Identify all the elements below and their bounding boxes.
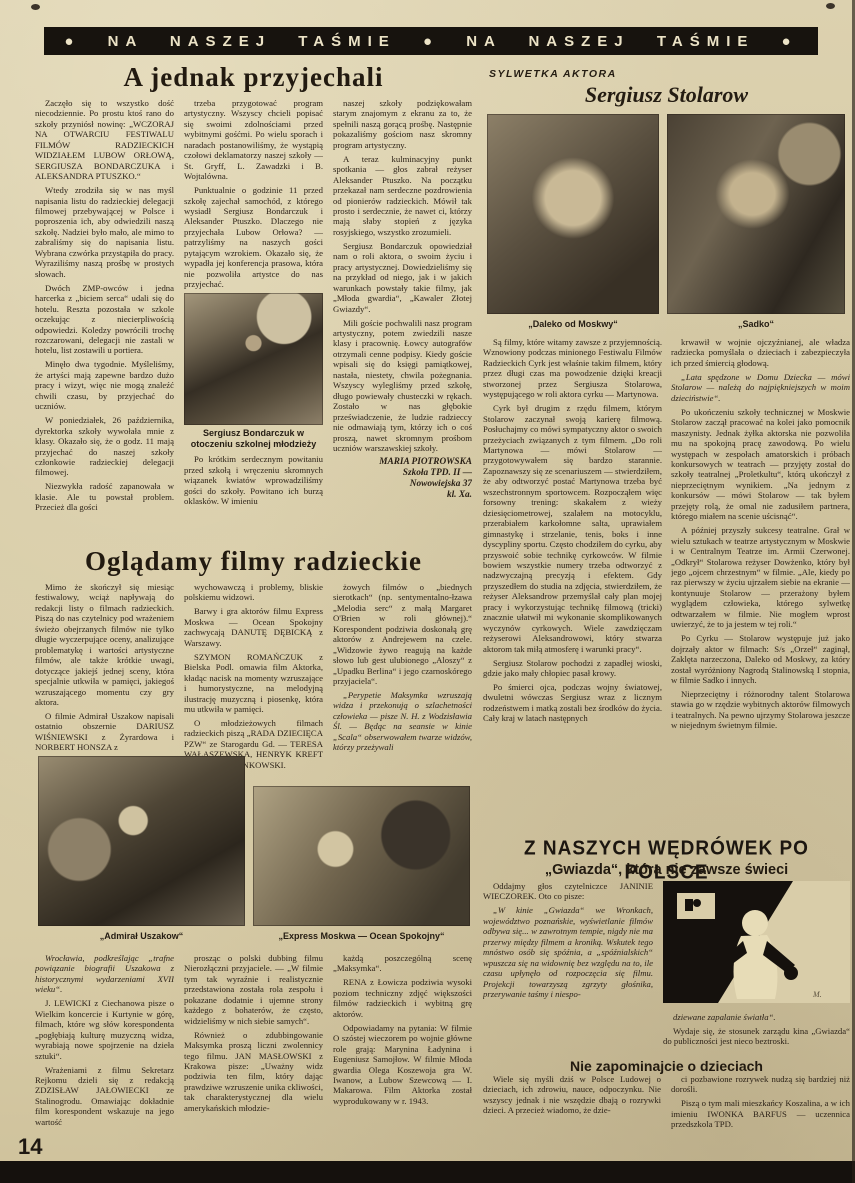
photo-caption: „Sadko“ [667, 319, 845, 330]
page-number: 14 [18, 1134, 42, 1160]
body-paragraph: Sergiusz Bondarczuk opowiedział nam o ro… [333, 241, 472, 314]
scan-mark [31, 4, 40, 10]
body-paragraph: naszej szkoły podziękowałam starym znajo… [333, 98, 472, 150]
body-paragraph: Dwóch ZMP-owców i jedna harcerka z „bici… [35, 283, 174, 356]
body-paragraph: Zaczęło się to wszystko dość niecodzienn… [35, 98, 174, 182]
photo-caption: Sergiusz Bondarczuk w otoczeniu szkolnej… [184, 428, 323, 449]
column-1: Zaczęło się to wszystko dość niecodzienn… [35, 98, 174, 550]
section-kicker: SYLWETKA AKTORA [489, 68, 617, 80]
article-stolarow-columns: Są filmy, które witamy zawsze z przyjemn… [483, 337, 850, 833]
body-paragraph: O filmie Admirał Uszakow napisali ostatn… [35, 711, 174, 753]
body-paragraph: Mili goście pochwalili nasz program arty… [333, 318, 472, 454]
photo-admiral-uszakow-still [38, 756, 245, 926]
column-3: każdą poszczególną scenę „Maksymka“. REN… [333, 953, 472, 1133]
body-paragraph: A później przyszły sukcesy teatralne. Gr… [671, 525, 850, 630]
projectionist-cartoon: M. [663, 881, 850, 1003]
column-2: trzeba przygotować program artystyczny. … [184, 98, 323, 550]
photo-caption: „Daleko od Moskwy“ [487, 319, 659, 330]
body-paragraph: Oddajmy głos czytelniczce JANINIE WIECZO… [483, 881, 653, 902]
body-paragraph: Wtedy zrodziła się w nas myśl napisania … [35, 185, 174, 279]
body-paragraph: Są filmy, które witamy zawsze z przyjemn… [483, 337, 662, 400]
body-paragraph: Po krótkim serdecznym powitaniu przed sz… [184, 454, 323, 506]
body-paragraph: Nieprzeciętny i różnorodny talent Stolar… [671, 689, 850, 731]
body-paragraph: Punktualnie o godzinie 11 przed szkołę z… [184, 185, 323, 290]
body-paragraph: J. LEWICKI z Ciechanowa pisze o Wielkim … [35, 998, 174, 1061]
article-title-ogladamy: Oglądamy filmy radzieckie [35, 546, 472, 577]
body-paragraph: Barwy i gra aktorów filmu Express Moskwa… [184, 606, 323, 648]
photo-caption: „Admirał Uszakow“ [38, 931, 245, 942]
photo-stolarow-daleko-od-moskwy [487, 114, 659, 314]
body-paragraph: Odpowiadamy na pytania: W filmie O szóst… [333, 1023, 472, 1107]
photo-bondarczuk-with-students [184, 293, 323, 425]
article-dzieci-columns: Wiele się myśli dziś w Polsce Ludowej o … [483, 1074, 850, 1140]
scan-edge-bottom [0, 1161, 855, 1183]
body-paragraph: SZYMON ROMAŃCZUK z Bielska Podl. omawia … [184, 652, 323, 715]
magazine-page-scan: ● NA NASZEJ TAŚMIE ● NA NASZEJ TAŚMIE ● … [0, 0, 855, 1183]
body-paragraph: trzeba przygotować program artystyczny. … [184, 98, 323, 182]
cartoon-side-text: dziewane zapalanie światła“. Wydaje się,… [663, 1012, 850, 1047]
masthead-banner: ● NA NASZEJ TAŚMIE ● NA NASZEJ TAŚMIE ● [44, 27, 818, 55]
signature-line: kl. Xa. [333, 490, 472, 501]
column-1: Oddajmy głos czytelniczce JANINIE WIECZO… [483, 881, 653, 1053]
body-paragraph: każdą poszczególną scenę „Maksymka“. [333, 953, 472, 974]
body-paragraph: Wrocławia, podkreślając „trafne powiązan… [35, 953, 174, 995]
body-paragraph: „Perypetie Maksymka wzruszają widza i pr… [333, 690, 472, 753]
body-paragraph: Niezwykła radość zapanowała w klasie. Al… [35, 481, 174, 512]
author-signature: MARIA PIOTROWSKA Szkoła TPD. II — Nowowi… [333, 457, 472, 501]
body-paragraph: ci pozbawione rozrywek nudzą się bardzie… [671, 1074, 850, 1095]
body-paragraph: dziewane zapalanie światła“. [663, 1012, 850, 1022]
body-paragraph: Po Cyrku — Stolarow występuje już jako d… [671, 633, 850, 685]
body-paragraph: Wrażeniami z filmu Sekretarz Rejkomu dzi… [35, 1065, 174, 1128]
body-paragraph: RENA z Łowicza podziwia wysoki poziom te… [333, 977, 472, 1019]
body-paragraph: A teraz kulminacyjny punkt spotkania — g… [333, 154, 472, 238]
body-paragraph: „Lata spędzone w Domu Dziecka — mówi Sto… [671, 372, 850, 403]
signature-line: MARIA PIOTROWSKA [333, 457, 472, 468]
column-1: Wiele się myśli dziś w Polsce Ludowej o … [483, 1074, 661, 1140]
article-ogladamy-bottom-columns: Wrocławia, podkreślając „trafne powiązan… [35, 953, 472, 1133]
signature-line: Nowowiejska 37 [333, 479, 472, 490]
article-title-dzieci: Nie zapominajcie o dzieciach [483, 1058, 850, 1074]
body-paragraph: żowych filmów o „biednych sierotkach“ (n… [333, 582, 472, 687]
article-gwiazda-columns: Oddajmy głos czytelniczce JANINIE WIECZO… [483, 881, 850, 1053]
body-paragraph: Wiele się myśli dziś w Polsce Ludowej o … [483, 1074, 661, 1116]
body-paragraph: Po ukończeniu szkoły technicznej w Moskw… [671, 407, 850, 522]
column-3: naszej szkoły podziękowałam starym znajo… [333, 98, 472, 550]
body-paragraph: „W kinie „Gwiazda“ we Wronkach, wojewódz… [483, 905, 653, 999]
column-1: Są filmy, które witamy zawsze z przyjemn… [483, 337, 662, 833]
body-paragraph: Również o zdubbingowanie Maksymka proszą… [184, 1030, 323, 1114]
body-paragraph: krwawił w wojnie ojczyźnianej, ale władz… [671, 337, 850, 368]
body-paragraph: prosząc o polski dubbing filmu Nierozłąc… [184, 953, 323, 1026]
body-paragraph: Minęło dwa tygodnie. Myśleliśmy, że arty… [35, 359, 174, 411]
article-przyjechali-columns: Zaczęło się to wszystko dość niecodzienn… [35, 98, 472, 550]
column-2: prosząc o polski dubbing filmu Nierozłąc… [184, 953, 323, 1133]
column-3: żowych filmów o „biednych sierotkach“ (n… [333, 582, 472, 787]
column-2: M. dziewane zapalanie światła“. Wydaje s… [663, 881, 850, 1053]
article-subtitle-gwiazda: „Gwiazda“, która nie zawsze świeci [483, 862, 850, 878]
body-paragraph: Wydaje się, że stosunek zarządu kina „Gw… [663, 1026, 850, 1047]
svg-text:M.: M. [812, 990, 822, 999]
body-paragraph: Cyrk był drugim z rzędu filmem, którym S… [483, 403, 662, 654]
column-2: krwawił w wojnie ojczyźnianej, ale władz… [671, 337, 850, 833]
article-title-stolarow: Sergiusz Stolarow [483, 82, 850, 108]
body-paragraph: Po śmierci ojca, podczas wojny światowej… [483, 682, 662, 724]
photo-express-moskwa-still [253, 786, 470, 926]
body-paragraph: wychowawczą i problemy, bliskie polskiem… [184, 582, 323, 603]
body-paragraph: Sergiusz Stolarow pochodzi z zapadłej wi… [483, 658, 662, 679]
body-paragraph: Mimo że skończył się miesiąc festiwalowy… [35, 582, 174, 707]
article-title-przyjechali: A jednak przyjechali [35, 62, 472, 93]
photo-stolarow-sadko [667, 114, 845, 314]
photo-caption: „Express Moskwa — Ocean Spokojny“ [253, 931, 470, 942]
column-2: ci pozbawione rozrywek nudzą się bardzie… [671, 1074, 850, 1140]
body-paragraph: Piszą o tym mali mieszkańcy Koszalina, a… [671, 1098, 850, 1129]
signature-line: Szkoła TPD. II — [333, 468, 472, 479]
scan-mark [826, 3, 835, 9]
column-1: Mimo że skończył się miesiąc festiwalowy… [35, 582, 174, 754]
body-paragraph: W poniedziałek, 26 października, dyrekto… [35, 415, 174, 478]
column-1: Wrocławia, podkreślając „trafne powiązan… [35, 953, 174, 1133]
masthead-text: ● NA NASZEJ TAŚMIE ● NA NASZEJ TAŚMIE ● [64, 33, 797, 50]
